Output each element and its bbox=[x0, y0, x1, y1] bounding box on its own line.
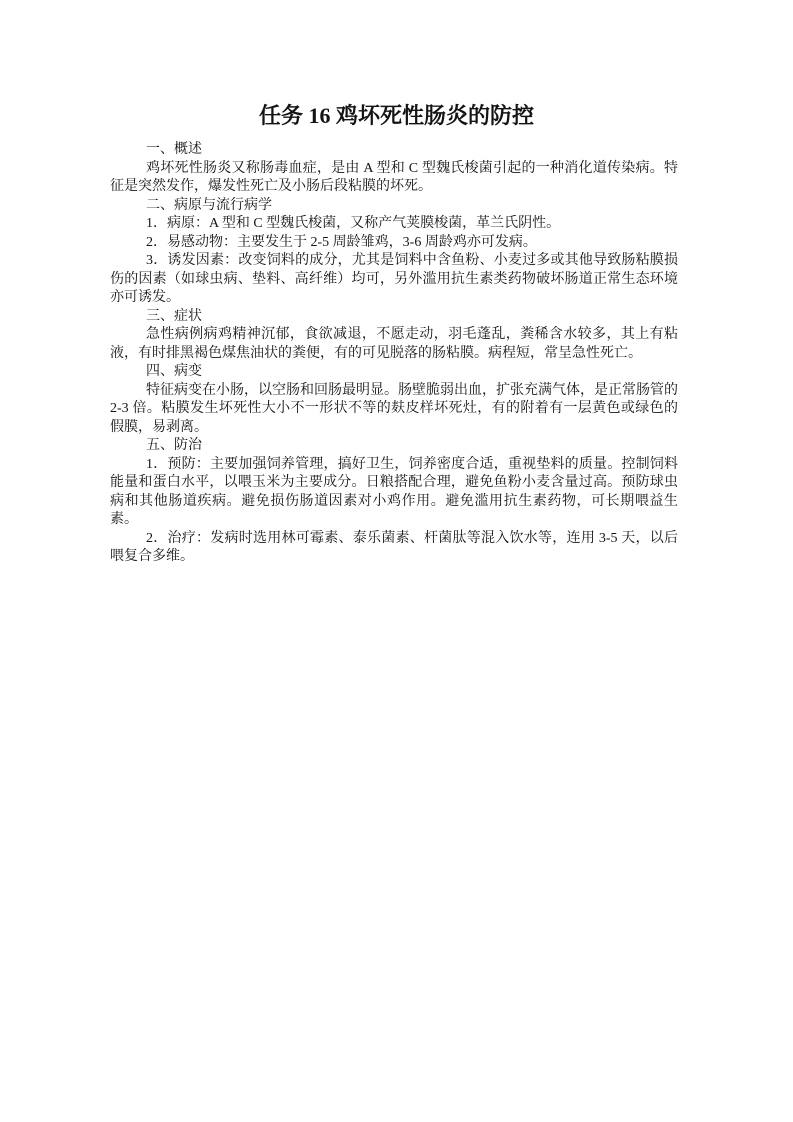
paragraph: 1．病原：A 型和 C 型魏氏梭菌，又称产气荚膜梭菌，革兰氏阴性。 bbox=[110, 215, 678, 234]
document-page: 任务 16 鸡坏死性肠炎的防控 一、概述鸡坏死性肠炎又称肠毒血症，是由 A 型和… bbox=[0, 0, 793, 1122]
section-heading: 四、病变 bbox=[110, 363, 678, 382]
paragraph: 1．预防：主要加强饲养管理，搞好卫生，饲养密度合适，重视垫料的质量。控制饲料能量… bbox=[110, 456, 678, 530]
paragraph: 3．诱发因素：改变饲料的成分，尤其是饲料中含鱼粉、小麦过多或其他导致肠粘膜损伤的… bbox=[110, 252, 678, 308]
paragraph: 2．治疗：发病时选用林可霉素、泰乐菌素、杆菌肽等混入饮水等，连用 3-5 天，以… bbox=[110, 530, 678, 567]
section-heading: 三、症状 bbox=[110, 308, 678, 327]
paragraph: 急性病例病鸡精神沉郁，食欲减退，不愿走动，羽毛蓬乱，粪稀含水较多，其上有粘液，有… bbox=[110, 326, 678, 363]
paragraph: 特征病变在小肠，以空肠和回肠最明显。肠壁脆弱出血，扩张充满气体，是正常肠管的 2… bbox=[110, 382, 678, 438]
document-body: 一、概述鸡坏死性肠炎又称肠毒血症，是由 A 型和 C 型魏氏梭菌引起的一种消化道… bbox=[110, 141, 678, 567]
page-title: 任务 16 鸡坏死性肠炎的防控 bbox=[0, 0, 793, 130]
section-heading: 一、概述 bbox=[110, 141, 678, 160]
paragraph: 鸡坏死性肠炎又称肠毒血症，是由 A 型和 C 型魏氏梭菌引起的一种消化道传染病。… bbox=[110, 160, 678, 197]
paragraph: 2．易感动物：主要发生于 2-5 周龄雏鸡，3-6 周龄鸡亦可发病。 bbox=[110, 234, 678, 253]
section-heading: 二、病原与流行病学 bbox=[110, 197, 678, 216]
section-heading: 五、防治 bbox=[110, 437, 678, 456]
